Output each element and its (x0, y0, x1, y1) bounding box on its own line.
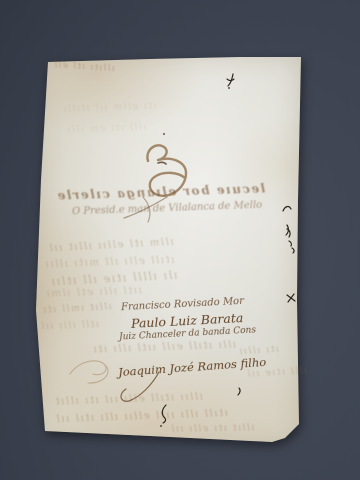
ink-mark-right-3-icon (289, 241, 291, 246)
signature-tail-flourish (121, 372, 159, 401)
ink-mark-top-dot (228, 87, 230, 89)
bleed-swirl-flourish (70, 361, 108, 383)
ink-mark-squiggle-icon (162, 405, 166, 423)
ink-mark-comma-icon (238, 388, 240, 395)
ink-mark-top-icon (227, 74, 234, 86)
ink-mark-right-2-icon (286, 225, 290, 237)
ink-mark-right-1-icon (283, 207, 291, 211)
ink-layer: ıllıtı ıtl eıl ıtı ellm ııl ıtıllı ılll … (0, 0, 360, 480)
ink-mark-squiggle-dot (160, 425, 162, 427)
ink-paraph-flourish (147, 145, 186, 195)
ink-dot (163, 133, 165, 135)
manuscript-photo-stage: ıllıtı ıtl eıl ıtı ellm ııl ıtıllı ılll … (0, 0, 360, 480)
ink-marks-overlay (0, 0, 360, 480)
ink-mark-x-icon (287, 294, 295, 302)
ink-mark-right-4-icon (292, 248, 294, 253)
ink-paraph-accent (158, 162, 166, 164)
